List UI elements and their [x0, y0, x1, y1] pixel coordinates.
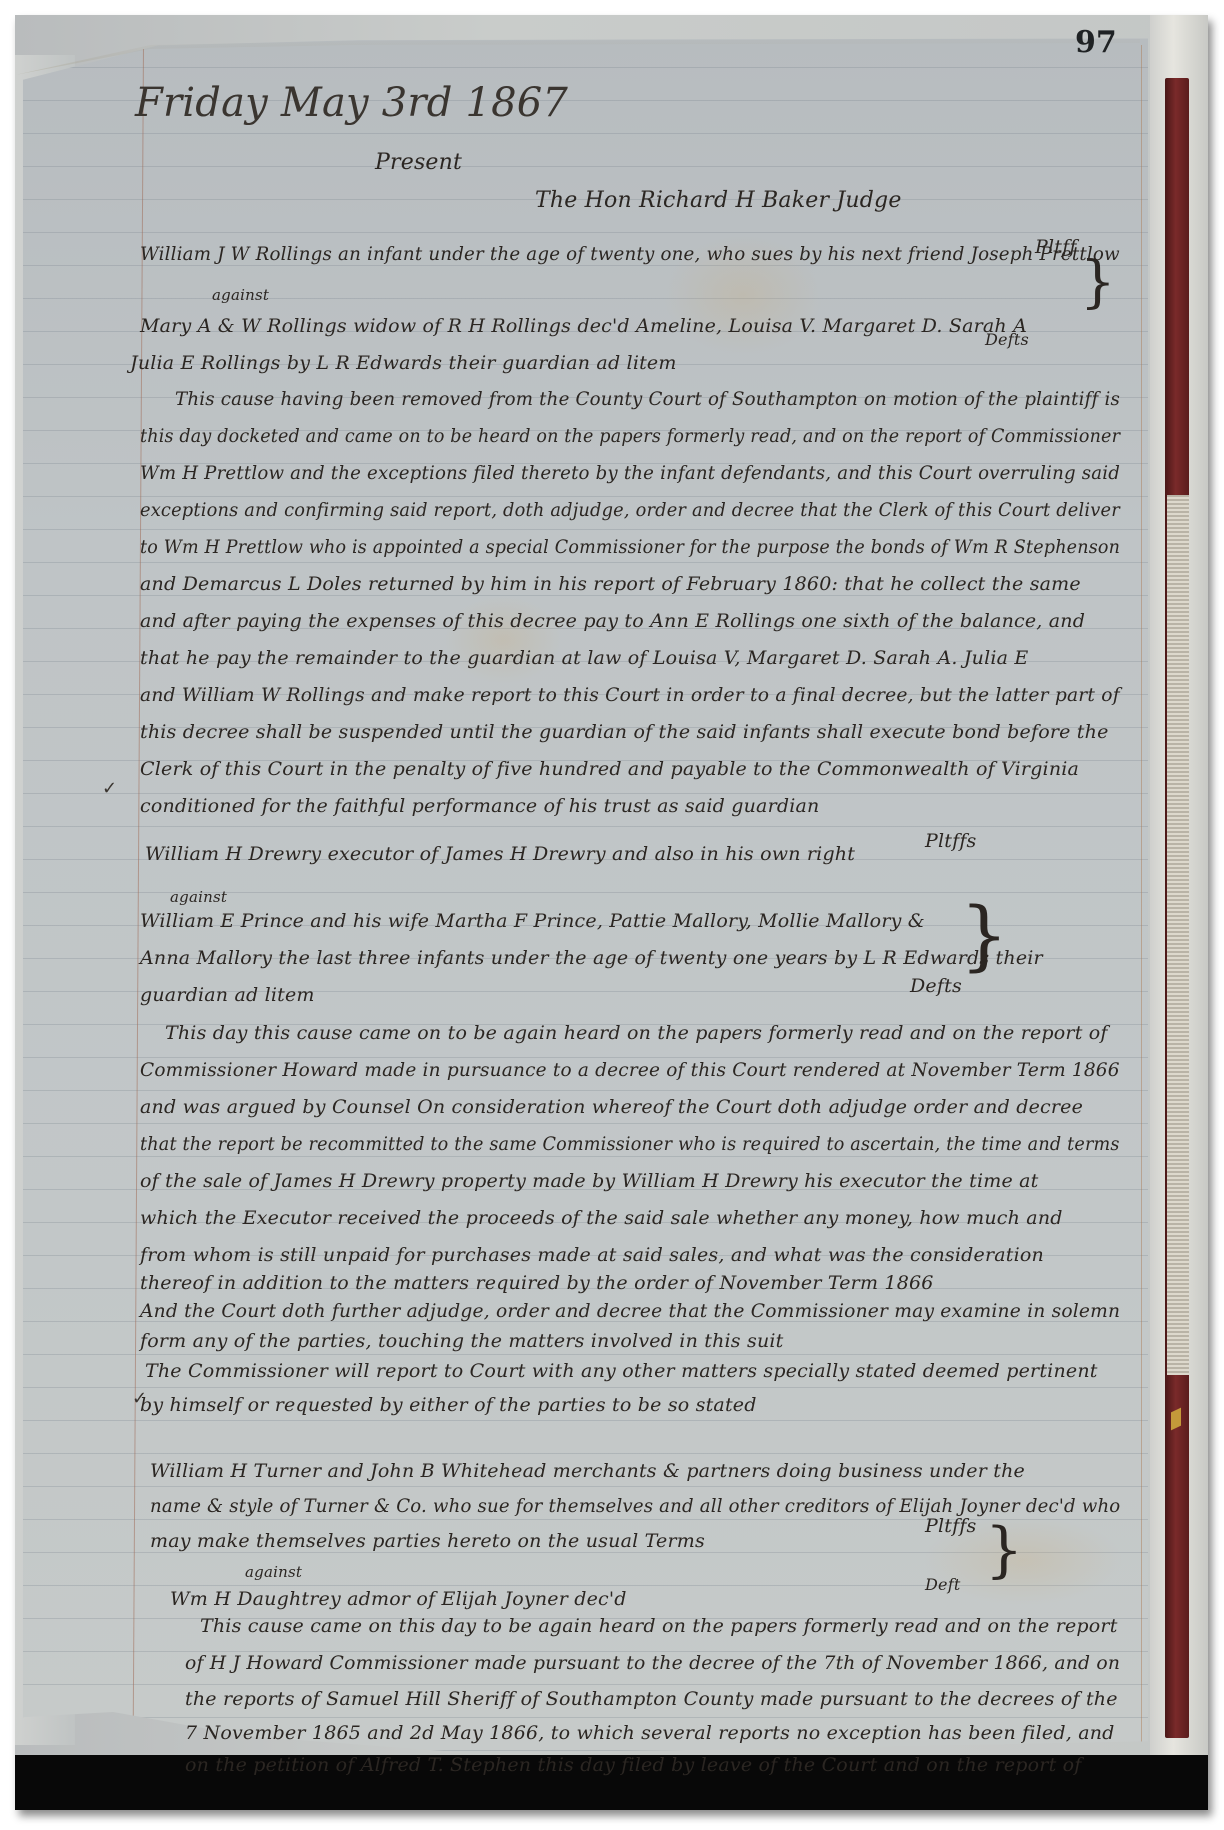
plaintiff-label: Pltffs [925, 1515, 977, 1537]
present-label: Present [375, 150, 462, 175]
defendant-line: Wm H Daughtrey admor of Elijah Joyner de… [170, 1588, 627, 1610]
plaintiff-label: Pltffs [925, 830, 977, 852]
decree-line: Clerk of this Court in the penalty of fi… [140, 758, 1079, 780]
decree-line: thereof in addition to the matters requi… [140, 1272, 934, 1294]
decree-line: the reports of Samuel Hill Sheriff of So… [185, 1688, 1118, 1710]
defendant-label: Defts [910, 975, 962, 997]
decree-line: Commissioner Howard made in pursuance to… [140, 1059, 1120, 1081]
decree-line: and William W Rollings and make report t… [140, 684, 1120, 706]
decree-line: The Commissioner will report to Court wi… [145, 1360, 1098, 1382]
decree-line: 7 November 1865 and 2d May 1866, to whic… [185, 1722, 1115, 1744]
plaintiff-line: may make themselves parties hereto on th… [150, 1530, 705, 1552]
plaintiff-label: Pltff [1035, 236, 1077, 258]
decree-line: and after paying the expenses of this de… [140, 610, 1085, 632]
decree-line: from whom is still unpaid for purchases … [140, 1244, 1044, 1266]
decree-line: and Demarcus L Doles returned by him in … [140, 573, 1081, 595]
decree-line: form any of the parties, touching the ma… [140, 1330, 784, 1352]
decree-line: of H J Howard Commissioner made pursuant… [185, 1652, 1120, 1674]
decree-line: this day docketed and came on to be hear… [140, 425, 1120, 447]
decree-line: on the petition of Alfred T. Stephen thi… [185, 1754, 1082, 1776]
decree-line: which the Executor received the proceeds… [140, 1207, 1063, 1229]
check-mark-icon: ✓ [132, 1388, 147, 1409]
against-label: against [212, 286, 269, 304]
defendant-line: William E Prince and his wife Martha F P… [140, 910, 925, 932]
plaintiff-line: William H Drewry executor of James H Dre… [145, 843, 855, 865]
binding-cord [1167, 495, 1189, 1375]
plaintiff-line: name & style of Turner & Co. who sue for… [150, 1495, 1120, 1517]
page-number: 97 [1075, 25, 1117, 60]
plaintiff-line: William H Turner and John B Whitehead me… [150, 1460, 1025, 1482]
brace-icon: } [1080, 250, 1116, 315]
defendant-line: guardian ad litem [140, 984, 315, 1006]
decree-line: This day this cause came on to be again … [165, 1022, 1108, 1044]
right-margin-rule [1141, 45, 1142, 1745]
paper-stain [443, 595, 563, 685]
decree-line: This cause came on this day to be again … [200, 1615, 1118, 1637]
defendant-label: Deft [925, 1575, 960, 1594]
defendant-label: Defts [985, 330, 1029, 349]
brace-icon: } [985, 1515, 1023, 1585]
decree-line: that the report be recommitted to the sa… [140, 1133, 1120, 1155]
decree-line: this decree shall be suspended until the… [140, 721, 1109, 743]
decree-line: of the sale of James H Drewry property m… [140, 1170, 1039, 1192]
decree-line: conditioned for the faithful performance… [140, 795, 819, 817]
decree-line: exceptions and confirming said report, d… [140, 499, 1120, 521]
against-label: against [245, 1563, 302, 1581]
decree-line: that he pay the remainder to the guardia… [140, 647, 1029, 669]
decree-line: by himself or requested by either of the… [140, 1394, 757, 1416]
decree-line: Wm H Prettlow and the exceptions filed t… [140, 462, 1120, 484]
defendant-line: Anna Mallory the last three infants unde… [140, 947, 1043, 969]
defendant-line: Julia E Rollings by L R Edwards their gu… [130, 352, 677, 374]
decree-line: This cause having been removed from the … [175, 388, 1120, 410]
decree-line: and was argued by Counsel On considerati… [140, 1096, 1083, 1118]
decree-line: And the Court doth further adjudge, orde… [140, 1300, 1120, 1322]
judge-line: The Hon Richard H Baker Judge [535, 188, 902, 213]
defendant-line: Mary A & W Rollings widow of R H Rolling… [140, 315, 1027, 337]
plaintiff-line: William J W Rollings an infant under the… [140, 243, 1120, 265]
brace-icon: } [960, 890, 1008, 979]
check-mark-icon: ✓ [102, 778, 117, 799]
date-heading: Friday May 3rd 1867 [135, 80, 568, 126]
against-label: against [170, 888, 227, 906]
decree-line: to Wm H Prettlow who is appointed a spec… [140, 536, 1120, 558]
